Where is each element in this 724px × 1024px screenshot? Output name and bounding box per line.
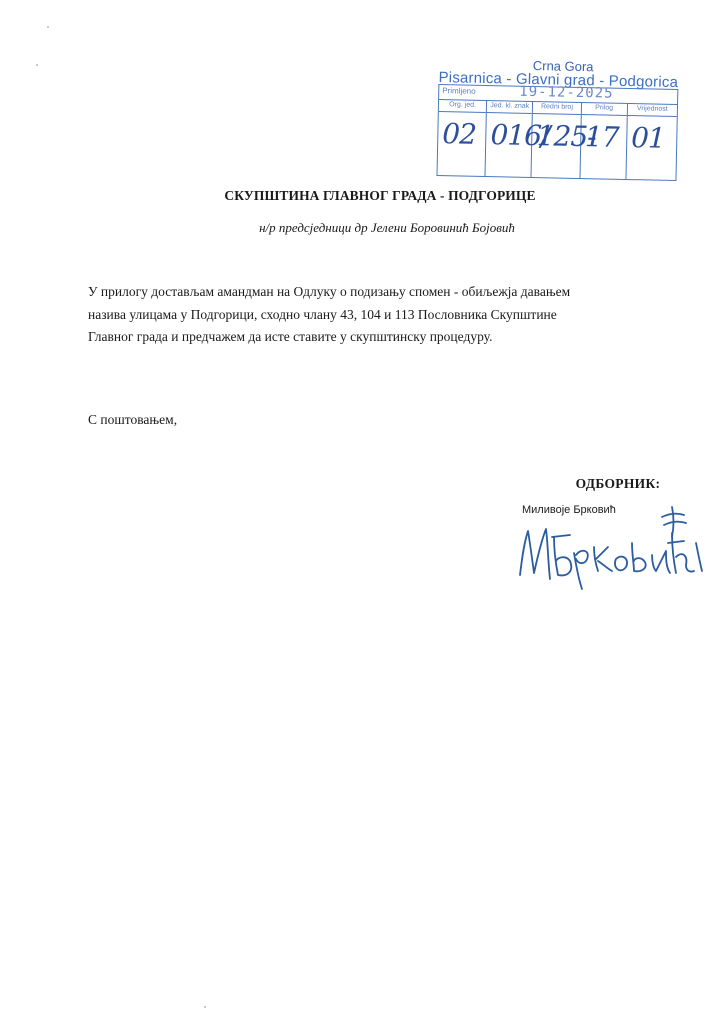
addressee-attention: н/р предсједници др Јелени Боровинић Бој… [0,220,724,236]
stamp-col-value: 17 [585,120,619,154]
stamp-col-header: Vrijednost [628,103,677,117]
stamp-col-header: Jed. kl. znak [487,100,532,114]
stamp-col-header: Org. jed. [439,99,486,113]
body-line: У прилогу достављам амандман на Одлуку о… [88,281,648,304]
closing-salutation: С поштовањем, [88,412,177,428]
signatory-block: ОДБОРНИК: Миливоје Брковић [540,476,680,492]
document-page: Crna Gora Pisarnica - Glavni grad - Podg… [0,0,724,1024]
handwritten-signature [512,503,712,593]
stamp-col-org-unit: Org. jed. 02 [438,99,488,176]
stamp-col-value-field: Vrijednost 01 [626,103,677,180]
stamp-col-serial-number: Redni broj 125- [532,101,582,178]
stamp-box: Primljeno 19-12-2025 Org. jed. 02 Jed. k… [436,84,678,181]
stamp-col-value: 02 [442,117,476,151]
scan-speck [36,64,38,66]
registry-stamp: Crna Gora Pisarnica - Glavni grad - Podg… [434,56,687,183]
letter-body: У прилогу достављам амандман на Одлуку о… [88,281,648,349]
scan-speck [47,26,49,28]
stamp-col-header: Redni broj [533,101,580,115]
stamp-columns: Org. jed. 02 Jed. kl. znak 016/ Redni br… [438,99,678,180]
stamp-col-header: Prilog [581,102,626,116]
scan-speck [204,1006,206,1008]
stamp-received-date: 19-12-2025 [519,84,614,102]
addressee-block: СКУПШТИНА ГЛАВНОГ ГРАДА - ПОДГОРИЦЕ н/р … [0,188,724,236]
body-line: Главног града и предчажем да исте ставит… [88,326,648,349]
stamp-col-value: 01 [631,121,665,155]
stamp-received-label: Primljeno [442,86,476,96]
addressee-title: СКУПШТИНА ГЛАВНОГ ГРАДА - ПОДГОРИЦЕ [0,188,724,204]
body-line: назива улицама у Подгорици, сходно члану… [88,304,648,327]
signatory-role: ОДБОРНИК: [540,476,680,492]
stamp-col-class-mark: Jed. kl. znak 016/ [486,100,534,177]
stamp-col-attachment: Prilog 17 [580,102,628,179]
